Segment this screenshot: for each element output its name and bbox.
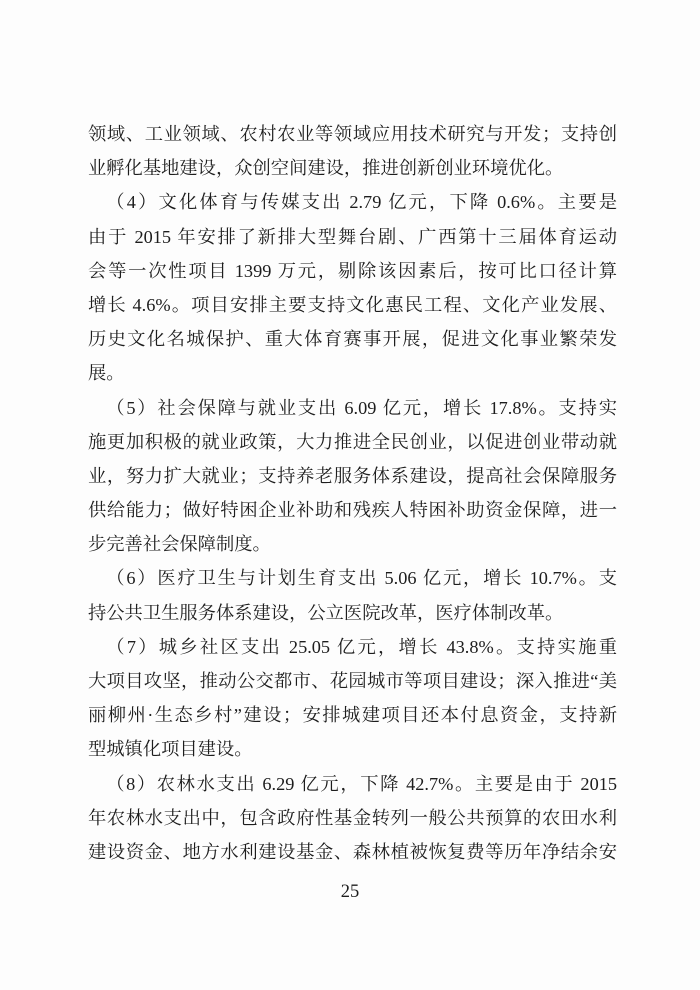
text-line: 持公共卫生服务体系建设，公立医院改革，医疗体制改革。 bbox=[88, 596, 617, 630]
text-line: 由于 2015 年安排了新排大型舞台剧、广西第十三届体育运动 bbox=[88, 220, 617, 254]
page-number: 25 bbox=[0, 877, 700, 907]
para-continuation-science-technology: 领域、工业领域、农村农业等领域应用技术研究与开发；支持创 业孵化基地建设，众创空… bbox=[88, 117, 617, 185]
text-line: 年农林水支出中，包含政府性基金转列一般公共预算的农田水利 bbox=[88, 801, 617, 835]
body-text: 领域、工业领域、农村农业等领域应用技术研究与开发；支持创 业孵化基地建设，众创空… bbox=[88, 117, 617, 869]
text-line: （7）城乡社区支出 25.05 亿元，增长 43.8%。支持实施重 bbox=[88, 630, 617, 664]
text-line: 展。 bbox=[88, 356, 617, 390]
text-line: （4）文化体育与传媒支出 2.79 亿元，下降 0.6%。主要是 bbox=[88, 185, 617, 219]
text-line: 历史文化名城保护、重大体育赛事开展，促进文化事业繁荣发 bbox=[88, 322, 617, 356]
para-item-5-social-security-employment: （5）社会保障与就业支出 6.09 亿元，增长 17.8%。支持实 施更加积极的… bbox=[88, 391, 617, 562]
text-line: 会等一次性项目 1399 万元，剔除该因素后，按可比口径计算 bbox=[88, 254, 617, 288]
text-line: 建设资金、地方水利建设基金、森林植被恢复费等历年净结余安 bbox=[88, 835, 617, 869]
text-line: 业孵化基地建设，众创空间建设，推进创新创业环境优化。 bbox=[88, 151, 617, 185]
para-item-6-health-family-planning: （6）医疗卫生与计划生育支出 5.06 亿元，增长 10.7%。支 持公共卫生服… bbox=[88, 561, 617, 629]
text-line: 步完善社会保障制度。 bbox=[88, 527, 617, 561]
text-line: 丽柳州·生态乡村”建设；安排城建项目还本付息资金，支持新 bbox=[88, 698, 617, 732]
text-line: 业，努力扩大就业；支持养老服务体系建设，提高社会保障服务 bbox=[88, 459, 617, 493]
para-item-4-culture-sports-media: （4）文化体育与传媒支出 2.79 亿元，下降 0.6%。主要是 由于 2015… bbox=[88, 185, 617, 390]
text-line: 大项目攻坚，推动公交都市、花园城市等项目建设；深入推进“美 bbox=[88, 664, 617, 698]
text-line: （5）社会保障与就业支出 6.09 亿元，增长 17.8%。支持实 bbox=[88, 391, 617, 425]
text-line: 型城镇化项目建设。 bbox=[88, 732, 617, 766]
text-line: 增长 4.6%。项目安排主要支持文化惠民工程、文化产业发展、 bbox=[88, 288, 617, 322]
text-line: 供给能力；做好特困企业补助和残疾人特困补助资金保障，进一 bbox=[88, 493, 617, 527]
para-item-7-urban-rural-community: （7）城乡社区支出 25.05 亿元，增长 43.8%。支持实施重 大项目攻坚，… bbox=[88, 630, 617, 767]
text-line: 领域、工业领域、农村农业等领域应用技术研究与开发；支持创 bbox=[88, 117, 617, 151]
document-page: 领域、工业领域、农村农业等领域应用技术研究与开发；支持创 业孵化基地建设，众创空… bbox=[0, 0, 700, 990]
text-line: 施更加积极的就业政策，大力推进全民创业，以促进创业带动就 bbox=[88, 425, 617, 459]
text-line: （8）农林水支出 6.29 亿元，下降 42.7%。主要是由于 2015 bbox=[88, 767, 617, 801]
para-item-8-agriculture-forestry-water: （8）农林水支出 6.29 亿元，下降 42.7%。主要是由于 2015 年农林… bbox=[88, 767, 617, 870]
text-line: （6）医疗卫生与计划生育支出 5.06 亿元，增长 10.7%。支 bbox=[88, 561, 617, 595]
